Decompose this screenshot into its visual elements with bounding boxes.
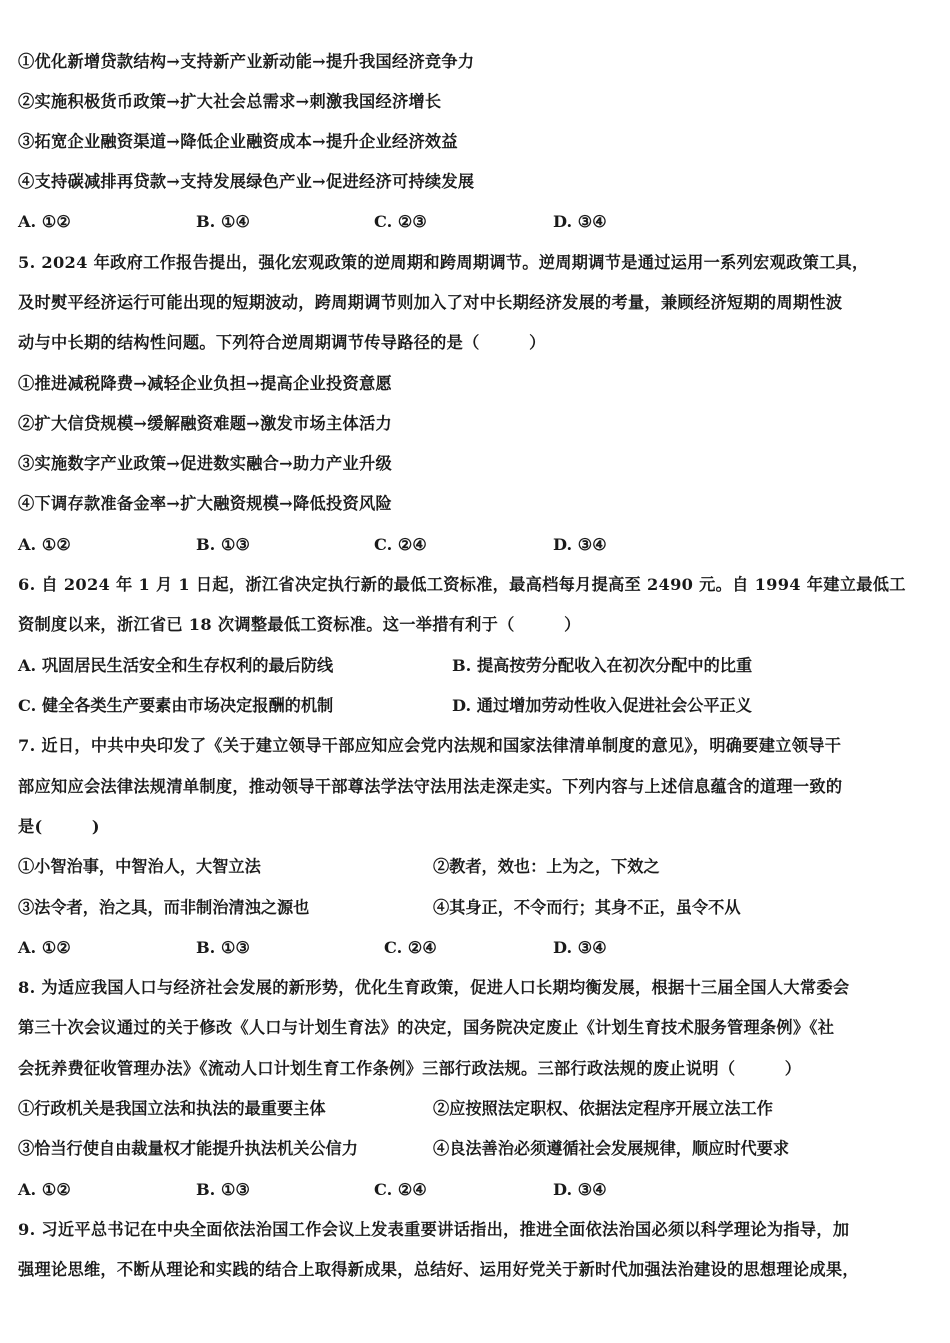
q8-choice-b: B. ①③ [196, 1178, 250, 1202]
q4-item-4: ④支持碳减排再贷款→支持发展绿色产业→促进经济可持续发展 [18, 170, 474, 194]
q8-choice-a: A. ①② [18, 1178, 71, 1202]
q6-stem-line-2: 资制度以来，浙江省已 18 次调整最低工资标准。这一举措有利于（ ） [18, 613, 581, 637]
q5-item-1: ①推进减税降费→减轻企业负担→提高企业投资意愿 [18, 372, 392, 396]
q5-choice-b: B. ①③ [196, 533, 250, 557]
q7-stem-line-1: 7. 近日，中共中央印发了《关于建立领导干部应知应会党内法规和国家法律清单制度的… [18, 734, 841, 758]
q7-stem-line-3: 是( ) [18, 815, 100, 839]
q5-stem-line-2: 及时熨平经济运行可能出现的短期波动，跨周期调节则加入了对中长期经济发展的考量，兼… [18, 291, 842, 315]
q7-choice-a: A. ①② [18, 936, 71, 960]
q7-choice-b: B. ①③ [196, 936, 250, 960]
q8-choice-d: D. ③④ [553, 1178, 607, 1202]
q5-stem-line-3: 动与中长期的结构性问题。下列符合逆周期调节传导路径的是（ ） [18, 331, 546, 355]
q5-choice-d: D. ③④ [553, 533, 607, 557]
q4-item-1: ①优化新增贷款结构→支持新产业新动能→提升我国经济竞争力 [18, 50, 474, 74]
q4-item-3: ③拓宽企业融资渠道→降低企业融资成本→提升企业经济效益 [18, 130, 458, 154]
q8-stem-line-2: 第三十次会议通过的关于修改《人口与计划生育法》的决定，国务院决定废止《计划生育技… [18, 1016, 834, 1040]
q6-choice-d: D. 通过增加劳动性收入促进社会公平正义 [452, 694, 752, 718]
q5-item-4: ④下调存款准备金率→扩大融资规模→降低投资风险 [18, 492, 392, 516]
q4-item-2: ②实施积极货币政策→扩大社会总需求→刺激我国经济增长 [18, 90, 441, 114]
q7-item-4: ④其身正，不令而行；其身不正，虽令不从 [433, 896, 741, 920]
q4-choice-a: A. ①② [18, 210, 71, 234]
q8-item-2: ②应按照法定职权、依据法定程序开展立法工作 [433, 1097, 773, 1121]
q4-choice-b: B. ①④ [196, 210, 250, 234]
q7-item-2: ②教者，效也：上为之，下效之 [433, 855, 660, 879]
q8-item-4: ④良法善治必须遵循社会发展规律，顺应时代要求 [433, 1137, 789, 1161]
q7-stem-line-2: 部应知应会法律法规清单制度，推动领导干部尊法学法守法用法走深走实。下列内容与上述… [18, 775, 842, 799]
q8-stem-line-1: 8. 为适应我国人口与经济社会发展的新形势，优化生育政策，促进人口长期均衡发展，… [18, 976, 849, 1000]
q7-choice-c: C. ②④ [384, 936, 437, 960]
q5-item-2: ②扩大信贷规模→缓解融资难题→激发市场主体活力 [18, 412, 392, 436]
q8-item-3: ③恰当行使自由裁量权才能提升执法机关公信力 [18, 1137, 358, 1161]
q9-stem-line-2: 强理论思维，不断从理论和实践的结合上取得新成果，总结好、运用好党关于新时代加强法… [18, 1258, 859, 1282]
q7-item-3: ③法令者，治之具，而非制治清浊之源也 [18, 896, 309, 920]
q6-stem-line-1: 6. 自 2024 年 1 月 1 日起，浙江省决定执行新的最低工资标准，最高档… [18, 573, 906, 597]
q8-item-1: ①行政机关是我国立法和执法的最重要主体 [18, 1097, 326, 1121]
q9-stem-line-1: 9. 习近平总书记在中央全面依法治国工作会议上发表重要讲话指出，推进全面依法治国… [18, 1218, 849, 1242]
q7-item-1: ①小智治事，中智治人，大智立法 [18, 855, 261, 879]
q6-choice-b: B. 提高按劳分配收入在初次分配中的比重 [452, 654, 752, 678]
q5-stem-line-1: 5. 2024 年政府工作报告提出，强化宏观政策的逆周期和跨周期调节。逆周期调节… [18, 251, 869, 275]
q8-stem-line-3: 会抚养费征收管理办法》《流动人口计划生育工作条例》三部行政法规。三部行政法规的废… [18, 1057, 801, 1081]
q7-choice-d: D. ③④ [553, 936, 607, 960]
q6-choice-c: C. 健全各类生产要素由市场决定报酬的机制 [18, 694, 333, 718]
q5-item-3: ③实施数字产业政策→促进数实融合→助力产业升级 [18, 452, 392, 476]
q4-choice-c: C. ②③ [374, 210, 427, 234]
q5-choice-a: A. ①② [18, 533, 71, 557]
q6-choice-a: A. 巩固居民生活安全和生存权利的最后防线 [18, 654, 333, 678]
q5-choice-c: C. ②④ [374, 533, 427, 557]
q8-choice-c: C. ②④ [374, 1178, 427, 1202]
q4-choice-d: D. ③④ [553, 210, 607, 234]
